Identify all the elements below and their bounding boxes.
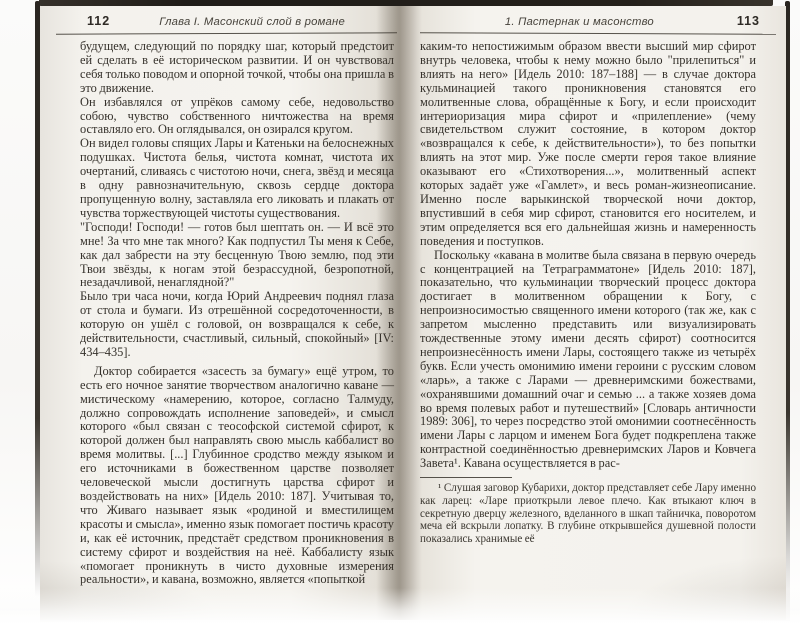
page-left: 112 Глава I. Масонский слой в романе буд… [40, 6, 398, 620]
running-header-left: Глава I. Масонский слой в романе [110, 16, 394, 28]
page-right: 1. Пастернак и масонство 113 каким-то не… [398, 6, 786, 620]
running-header-right: 1. Пастернак и масонство [422, 16, 737, 28]
quote-paragraph: Он видел головы спящих Лары и Катеньки н… [80, 137, 394, 220]
header-rule-right [420, 32, 776, 35]
quote-paragraph: "Господи! Господи! — готов был шептать о… [80, 221, 394, 291]
body-text-left: будущем, следующий по порядку шаг, котор… [80, 40, 394, 587]
body-text-right: каким-то непостижимым образом ввести выс… [420, 40, 756, 546]
body-paragraph: каким-то непостижимым образом ввести выс… [420, 40, 756, 249]
page-number-left: 112 [87, 14, 110, 28]
running-head-right: 1. Пастернак и масонство 113 [422, 14, 760, 28]
quote-paragraph: Он избавлялся от упрёков самому себе, не… [80, 96, 394, 138]
footnote-text: ¹ Слушая заговор Кубарихи, доктор предст… [420, 482, 756, 546]
quote-paragraph: будущем, следующий по порядку шаг, котор… [80, 40, 394, 96]
quote-paragraph: Было три часа ночи, когда Юрий Андреевич… [80, 290, 394, 360]
body-paragraph: Поскольку «кавана в молитве была связана… [420, 249, 756, 472]
header-rule-left [56, 32, 397, 34]
book-photo: 112 Глава I. Масонский слой в романе буд… [0, 0, 800, 629]
body-paragraph: Доктор собирается «засесть за бумагу» ещ… [80, 365, 394, 588]
running-head-left: 112 Глава I. Масонский слой в романе [87, 14, 394, 28]
footnote-rule [420, 477, 512, 478]
footnote: ¹ Слушая заговор Кубарихи, доктор предст… [420, 477, 756, 546]
page-number-right: 113 [737, 14, 760, 28]
